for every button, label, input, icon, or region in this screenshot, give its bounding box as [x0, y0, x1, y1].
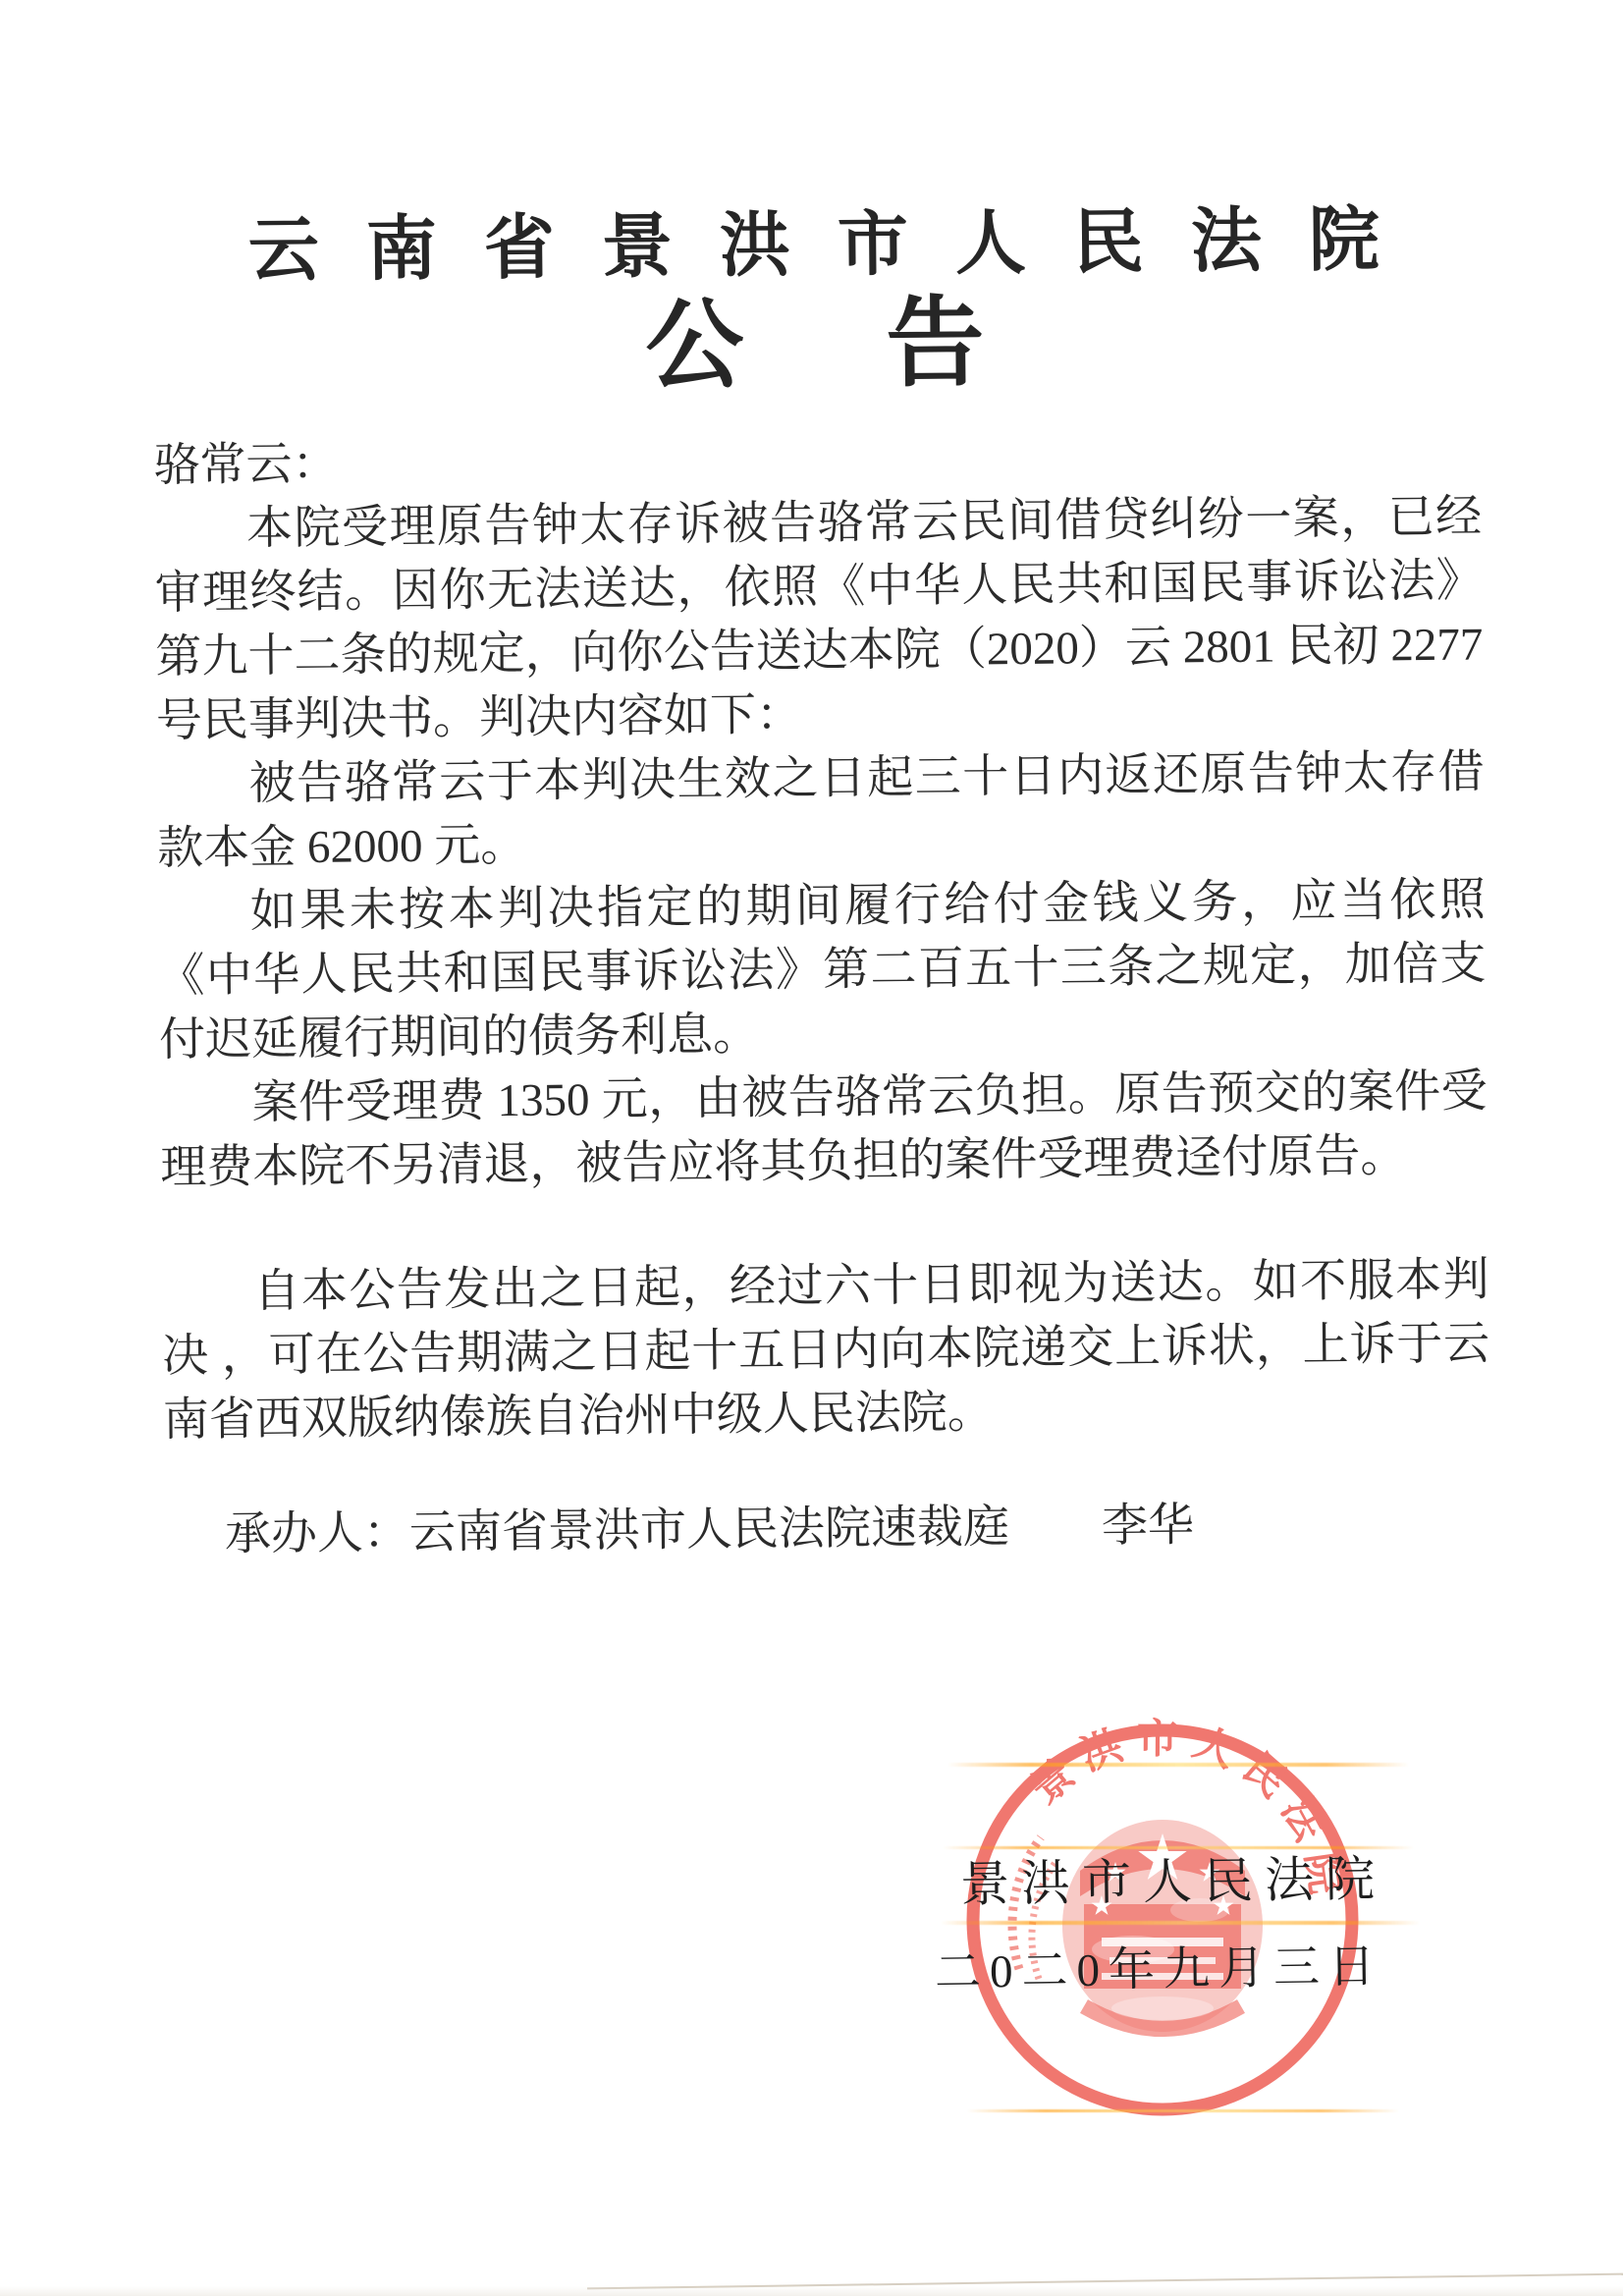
- scanned-court-announcement-page: 云南省景洪市人民法院 公告 骆常云： 本院受理原告钟太存诉被告骆常云民间借贷纠纷…: [0, 0, 1623, 2296]
- scan-streak-artifact: [941, 1921, 1420, 1925]
- court-title: 云南省景洪市人民法院: [2, 198, 1623, 293]
- paragraph: 如果未按本判决指定的期间履行给付金钱义务，应当依照《中华人民共和国民事诉讼法》第…: [158, 868, 1488, 1072]
- official-seal: 景洪市人民法院: [954, 1712, 1371, 2128]
- announcement-date: 二0二0年九月三日: [935, 1930, 1384, 2001]
- document-type-title: 公告: [3, 283, 1623, 409]
- scan-streak-artifact: [943, 1846, 1414, 1849]
- official-seal-graphic: 景洪市人民法院: [954, 1712, 1371, 2128]
- paragraph: 案件受理费 1350 元，由被告骆常云负担。原告预交的案件受理费本院不另清退，被…: [159, 1060, 1488, 1200]
- handler-line: 承办人：云南省景洪市人民法院速裁庭 李华: [164, 1491, 1492, 1567]
- paragraph: 被告骆常云于本判决生效之日起三十日内返还原告钟太存借款本金 62000 元。: [156, 740, 1485, 881]
- page-bottom-shade: [0, 2286, 1623, 2296]
- scan-streak-artifact: [947, 1763, 1409, 1767]
- paragraph: 自本公告发出之日起，经过六十日即视为送达。如不服本判决 ，可在公告期满之日起十五…: [161, 1248, 1490, 1452]
- paragraph: 本院受理原告钟太存诉被告骆常云民间借贷纠纷一案，已经审理终结。因你无法送达，依照…: [154, 485, 1484, 753]
- scan-streak-artifact: [967, 2109, 1399, 2112]
- signing-court-name: 景洪市人民法院: [960, 1839, 1387, 1916]
- announcement-body: 骆常云： 本院受理原告钟太存诉被告骆常云民间借贷纠纷一案，已经审理终结。因你无法…: [153, 421, 1491, 1567]
